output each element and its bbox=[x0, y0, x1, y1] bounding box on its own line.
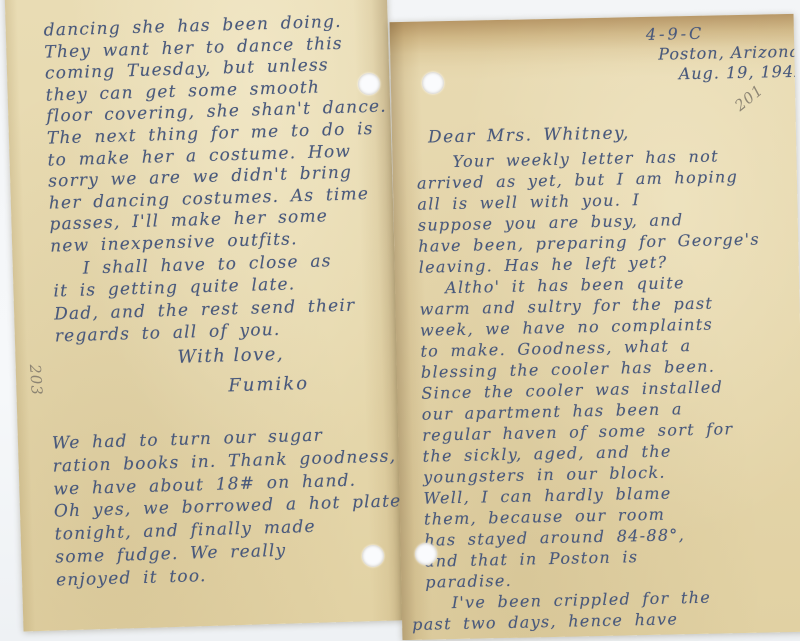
left-page-postscript: We had to turn our sugar ration books in… bbox=[52, 422, 404, 592]
letter-page-left: dancing she has been doing. They want he… bbox=[5, 0, 406, 632]
right-page-body: Your weekly letter has not arrived as ye… bbox=[416, 145, 768, 635]
letter-block-address: 4-9-C bbox=[646, 24, 705, 44]
punch-hole bbox=[415, 543, 437, 565]
left-page-body-paragraph: dancing she has been doing. They want he… bbox=[43, 11, 391, 259]
letter-salutation: Dear Mrs. Whitney, bbox=[428, 123, 630, 147]
left-page-closing-paragraph: I shall have to close as it is getting q… bbox=[53, 250, 357, 349]
letter-date-line: Aug. 19, 1942 bbox=[679, 62, 800, 84]
letter-signature: Fumiko bbox=[228, 373, 309, 396]
pencil-page-number-right: 201 bbox=[731, 81, 767, 115]
letter-place-line: Poston, Arizona bbox=[658, 42, 800, 64]
letter-closing: With love, bbox=[177, 344, 284, 368]
punch-hole bbox=[422, 72, 444, 94]
punch-hole bbox=[362, 545, 384, 567]
letter-page-right: 4-9-C Poston, Arizona Aug. 19, 1942 201 … bbox=[390, 14, 800, 640]
punch-hole bbox=[358, 73, 380, 95]
pencil-page-number-left: 203 bbox=[26, 364, 46, 397]
